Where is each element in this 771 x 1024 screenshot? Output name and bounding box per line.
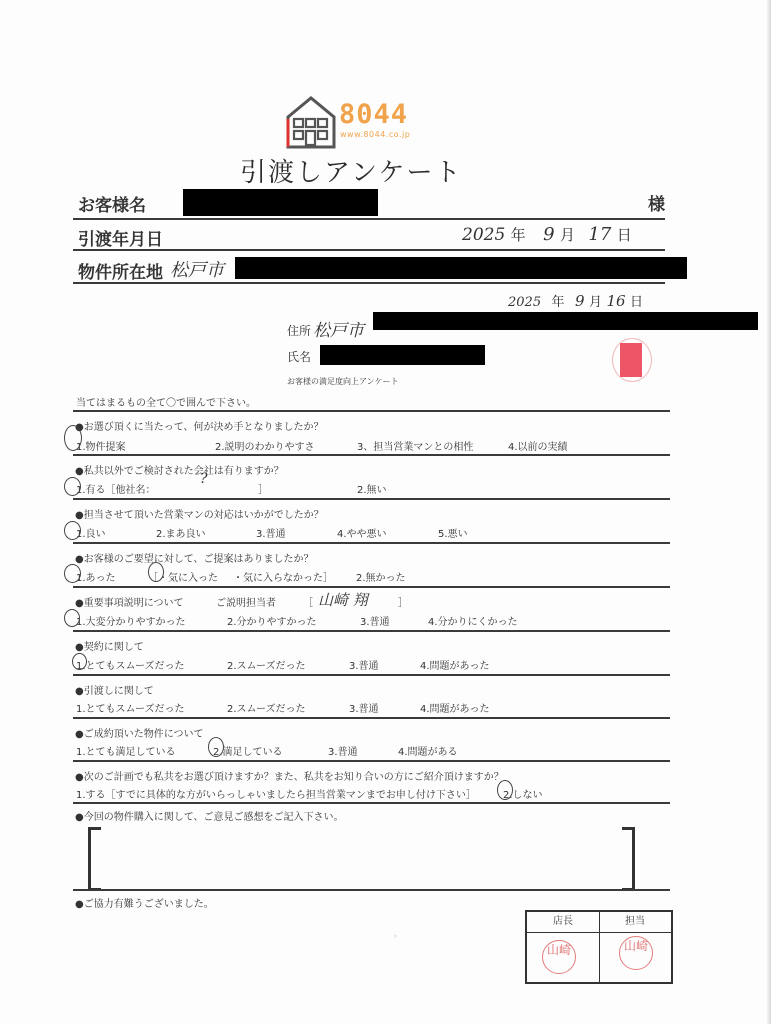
brand-logo: 8044 www.8044.co.jp [285,95,445,149]
divider [73,218,665,220]
divider [73,889,670,891]
divider [73,760,670,762]
customer-name-label: お客様名 [78,191,146,216]
q5-option-3[interactable]: 3.普通 [360,613,390,628]
q3-option-4[interactable]: 4.やや悪い [337,525,387,540]
question-4: ●お客様のご要望に対して、ご提案はありましたか？ [75,550,314,565]
approval-label-staff: 担当 [599,912,671,933]
instruction-text: 当てはまるもの全て〇で囲んで下さい。 [76,394,256,409]
q8-option-4[interactable]: 4.問題がある [398,743,458,758]
approval-column-manager: 店長 山崎 [527,912,600,982]
customer-name-suffix: 様 [648,190,665,215]
divider [73,802,670,804]
question-10: ●今回の物件購入に関して、ご意見ご感想をご記入下さい。 [75,808,344,823]
approval-column-staff: 担当 山崎 [599,912,671,982]
q5-option-2[interactable]: 2.分かりやすかった [227,613,317,628]
q7-option-4[interactable]: 4.問題があった [420,700,489,715]
selection-circle [497,780,513,800]
comment-field[interactable] [104,828,616,884]
year-unit: 年 [552,295,565,310]
q1-option-3[interactable]: 3、担当営業マンとの相性 [357,438,473,453]
staff-seal: 山崎 [619,936,653,970]
divider [73,249,665,251]
day-unit: 日 [630,295,643,310]
divider [73,454,670,456]
handover-date-label: 引渡年月日 [78,225,163,250]
divider [73,674,670,676]
year-unit: 年 [511,226,526,244]
selection-circle [64,564,81,583]
handover-day: 17 [588,224,611,245]
q2-other-company: ? [200,471,208,487]
manager-seal: 山崎 [542,940,576,974]
q1-option-2[interactable]: 2.説明のわかりやすさ [215,438,315,453]
selection-circle [148,562,164,582]
divider [73,586,670,588]
divider [73,282,665,284]
q6-option-3[interactable]: 3.普通 [349,657,379,672]
redacted-respondent-name [320,345,485,365]
address-label: 住所 [287,322,311,339]
q2-bracket-close: ］ [258,481,268,496]
q6-option-1[interactable]: 1.とてもスムーズだった [76,657,185,672]
comment-bracket-left [88,827,101,891]
divider [73,410,670,412]
brand-url: www.8044.co.jp [340,130,410,139]
q9-option-1[interactable]: 1.する［すでに具体的な方がいらっしゃいましたら担当営業マンまでお申し付け下さい… [76,786,476,801]
q6-option-4[interactable]: 4.問題があった [420,657,489,672]
handover-month: 9 [543,224,554,245]
question-5: ●重要事項説明について [75,594,184,609]
property-location-label: 物件所在地 [78,258,163,283]
approval-table: 店長 山崎 担当 山崎 [525,910,673,984]
divider [73,630,670,632]
q3-option-3[interactable]: 3.普通 [256,525,286,540]
q7-option-3[interactable]: 3.普通 [349,700,379,715]
q4-option-2[interactable]: 2.無かった [356,569,406,584]
q4-option-disliked[interactable]: ・気に入らなかった］ [233,569,333,584]
redacted-respondent-address [373,312,758,330]
staff-name: 山崎 翔 [318,589,368,610]
question-7: ●引渡しに関して [75,682,154,697]
question-8: ●ご成約頂いた物件について [75,725,204,740]
q7-option-2[interactable]: 2.スムーズだった [227,700,306,715]
staff-bracket-open: ［ [303,594,313,609]
selection-circle [64,425,82,451]
divider [73,498,670,500]
respondent-date: 2025 年 9 月 16 日 [508,291,643,310]
redacted-customer-name [183,189,378,216]
q2-option-1[interactable]: 1.有る［他社名： [76,481,156,496]
month-unit: 月 [589,295,602,310]
q5-option-4[interactable]: 4.分かりにくかった [428,613,518,628]
q8-option-3[interactable]: 3.普通 [328,743,358,758]
q7-option-1[interactable]: 1.とてもスムーズだった [76,700,185,715]
staff-bracket-close: ］ [398,594,408,609]
survey-subtitle: お客様の満足度向上アンケート [287,376,399,387]
staff-label: ご説明担当者 [216,594,276,609]
redacted-seal [620,343,642,377]
selection-circle [64,521,81,540]
q2-option-2[interactable]: 2.無い [357,481,387,496]
selection-circle [208,737,224,757]
question-6: ●契約に関して [75,638,144,653]
question-9: ●次のご計画でも私共をお選び頂けますか？また、私共をお知り合いの方にご紹介頂けま… [75,768,504,783]
property-location-value: 松戸市 [170,256,224,282]
page-title: 引渡しアンケート [240,152,462,189]
respondent-year: 2025 [508,295,541,310]
q3-option-2[interactable]: 2.まあ良い [156,525,206,540]
question-1: ●お選び頂くに当たって、何が決め手となりましたか？ [75,418,324,433]
selection-circle [72,653,87,670]
q1-option-1[interactable]: 1.物件提案 [76,438,126,453]
handover-date: 2025 年 9 月 17 日 [462,224,632,245]
q4-option-1[interactable]: 1.あった [76,569,115,584]
q8-option-1[interactable]: 1.とても満足している [76,743,176,758]
brand-name: 8044 [339,99,408,130]
approval-label-manager: 店長 [527,912,599,933]
divider [73,542,670,544]
comment-bracket-right [622,827,635,891]
q1-option-4[interactable]: 4.以前の実績 [508,438,568,453]
divider [73,717,670,719]
respondent-day: 16 [606,292,625,310]
selection-circle [64,609,80,627]
month-unit: 月 [560,226,575,244]
q5-option-1[interactable]: 1.大変分かりやすかった [76,613,186,628]
day-unit: 日 [617,226,632,244]
name-label: 氏名 [287,348,311,365]
q6-option-2[interactable]: 2.スムーズだった [227,657,306,672]
closing-text: ●ご協力有難うございました。 [75,895,214,910]
house-icon [285,95,337,149]
selection-circle [64,477,81,496]
q3-option-5[interactable]: 5.悪い [438,525,468,540]
respondent-month: 9 [575,292,585,310]
redacted-property-address [235,257,687,279]
stray-mark: ◦ [393,932,398,941]
scan-edge [767,0,771,1024]
question-2: ●私共以外でご検討された会社は有りますか？ [75,462,284,477]
handover-year: 2025 [462,225,505,245]
address-value: 松戸市 [313,316,364,341]
question-3: ●担当させて頂いた営業マンの対応はいかがでしたか？ [75,506,324,521]
